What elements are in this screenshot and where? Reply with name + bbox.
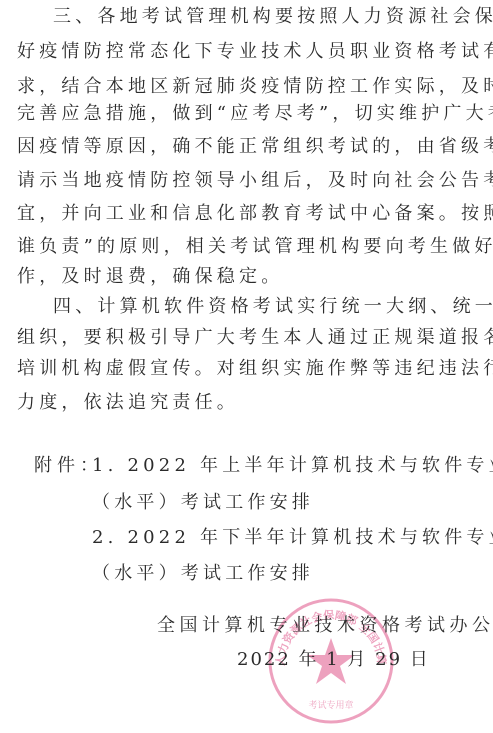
paragraph-line: 请示当地疫情防控领导小组后，及时向社会公告考试变更事 — [17, 164, 477, 198]
svg-text:考试专用章: 考试专用章 — [308, 699, 353, 711]
paragraph-line: 好疫情防控常态化下专业技术人员职业资格考试有关工作要 — [17, 35, 477, 69]
issue-date: 2022 年 1 月 29 日 — [237, 643, 430, 677]
attachment-1-line1: 1. 2022 年上半年计算机技术与软件专业技术资格 — [92, 449, 493, 483]
document-page: 三、各地考试管理机构要按照人力资源社会保障部关于做 好疫情防控常态化下专业技术人… — [0, 0, 493, 733]
paragraph-line: 四、计算机软件资格考试实行统一大纲、统一命题、统一 — [53, 290, 493, 324]
paragraph-line: 因疫情等原因，确不能正常组织考试的，由省级考试管理机构 — [17, 130, 477, 164]
paragraph-line: 力度，依法追究责任。 — [17, 386, 477, 420]
attachment-2-line2: （水平）考试工作安排 — [92, 557, 314, 591]
attachment-2-line1: 2. 2022 年下半年计算机技术与软件专业技术资格 — [92, 521, 493, 555]
paragraph-line: 培训机构虚假宣传。对组织实施作弊等违纪违法行为加大惩处 — [17, 352, 477, 386]
paragraph-line: 完善应急措施，做到“应考尽考”，切实维护广大考生利益。 — [17, 97, 477, 131]
paragraph-line: 组织，要积极引导广大考生本人通过正规渠道报名，切勿轻信 — [17, 321, 477, 355]
paragraph-line: 谁负责”的原则，相关考试管理机构要向考生做好解释说明工 — [17, 230, 477, 264]
issuing-organization: 全国计算机专业技术资格考试办公室 — [157, 609, 493, 643]
paragraph-line: 作，及时退费，确保稳定。 — [17, 260, 477, 294]
attachment-1-line2: （水平）考试工作安排 — [92, 486, 314, 520]
paragraph-line: 宜，并向工业和信息化部教育考试中心备案。按照“谁公告， — [17, 197, 477, 231]
paragraph-line: 三、各地考试管理机构要按照人力资源社会保障部关于做 — [53, 0, 493, 34]
